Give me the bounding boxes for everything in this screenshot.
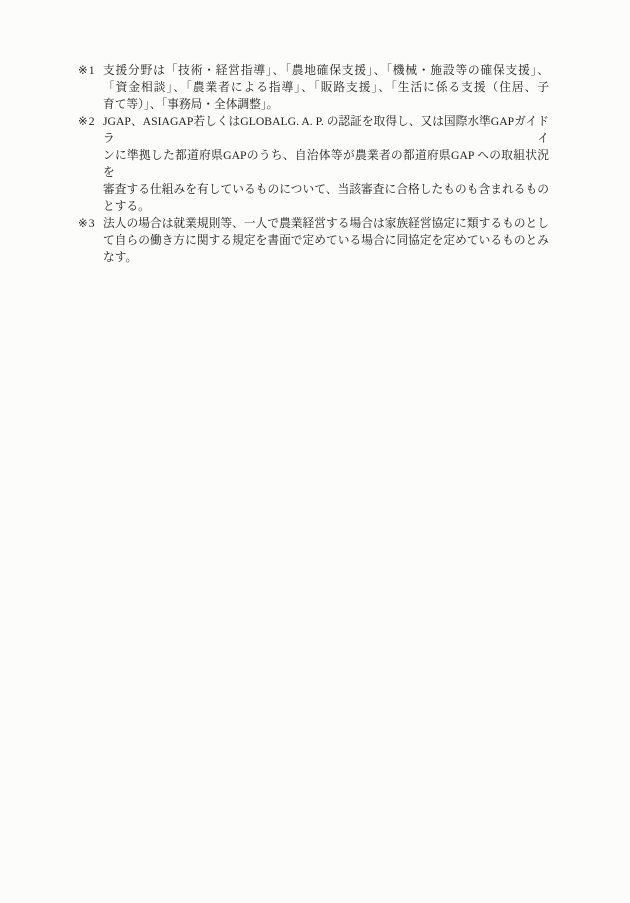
footnote-line: JGAP、ASIAGAP若しくはGLOBALG. A. P. の認証を取得し、又… [103,113,549,147]
footnote-line: 法人の場合は就業規則等、一人で農業経営する場合は家族経営協定に類するものとし [103,215,549,232]
footnote-3: ※3法人の場合は就業規則等、一人で農業経営する場合は家族経営協定に類するものとし… [78,215,549,266]
document-page: ※1支援分野は「技術・経営指導」、「農地確保支援」、「機械・施設等の確保支援」、… [0,0,630,903]
footnote-body: JGAP、ASIAGAP若しくはGLOBALG. A. P. の認証を取得し、又… [103,113,549,215]
footnote-2: ※2JGAP、ASIAGAP若しくはGLOBALG. A. P. の認証を取得し… [78,113,549,215]
footnote-line: ンに準拠した都道府県GAPのうち、自治体等が農業者の都道府県GAP への取組状況… [103,147,549,181]
footnote-1: ※1支援分野は「技術・経営指導」、「農地確保支援」、「機械・施設等の確保支援」、… [78,62,549,113]
footnote-line: とする。 [103,198,549,215]
footnote-marker: ※3 [78,215,103,232]
footnote-line: て自らの働き方に関する規定を書面で定めている場合に同協定を定めているものとみ [103,232,549,249]
footnote-line: 育て等）」、「事務局・全体調整」。 [103,96,549,113]
footnote-body: 法人の場合は就業規則等、一人で農業経営する場合は家族経営協定に類するものとして自… [103,215,549,266]
footnote-line: 支援分野は「技術・経営指導」、「農地確保支援」、「機械・施設等の確保支援」、 [103,62,549,79]
footnote-body: 支援分野は「技術・経営指導」、「農地確保支援」、「機械・施設等の確保支援」、「資… [103,62,549,113]
footnote-line: なす。 [103,249,549,266]
footnotes-section: ※1支援分野は「技術・経営指導」、「農地確保支援」、「機械・施設等の確保支援」、… [78,62,549,266]
footnote-marker: ※1 [78,62,103,79]
footnote-line: 審査する仕組みを有しているものについて、当該審査に合格したものも含まれるもの [103,181,549,198]
footnote-marker: ※2 [78,113,103,130]
footnote-line: 「資金相談」、「農業者による指導」、「販路支援」、「生活に係る支援（住居、子 [103,79,549,96]
